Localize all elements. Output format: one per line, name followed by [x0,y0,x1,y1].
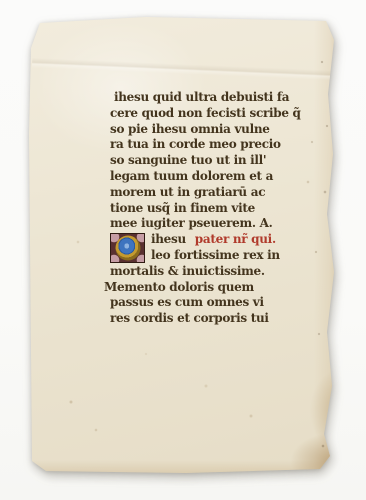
manuscript-leaf: ihesu quid ultra debuisti fa cere quod n… [26,14,342,475]
manuscript-line: res cordis et corporis tui [110,311,324,327]
manuscript-line: morem ut in gratiarū ac [110,185,324,201]
manuscript-line: so pie ihesu omnia vulne [110,122,324,138]
text-block: ihesu quid ultra debuisti fa cere quod n… [110,90,324,327]
photo-backdrop: ihesu quid ultra debuisti fa cere quod n… [0,0,366,500]
manuscript-line: Memento doloris quem [104,280,324,296]
rubric-text: pater nr̃ qui. [195,232,276,246]
illuminated-initial: O [110,233,145,263]
initial-letter-value: O [111,234,112,235]
manuscript-line: ihesu quid ultra debuisti fa [110,90,324,106]
initial-line-text: ihesu [151,232,186,246]
manuscript-line: mortalis & inuictissime. [110,264,324,280]
manuscript-line: mee iugiter pseuerem. A. [110,216,324,232]
manuscript-line: legam tuum dolorem et a [110,169,324,185]
manuscript-line: ra tua in corde meo precio [110,137,324,153]
manuscript-line: so sanguine tuo ut in ill' [110,153,324,169]
manuscript-line: passus es cum omnes vi [110,295,324,311]
initial-letter-glyph [115,236,140,261]
manuscript-line: tione usq̃ in finem vite [110,201,324,217]
manuscript-line: cere quod non fecisti scribe q̃ [110,106,324,122]
manuscript-leaf-wrapper: ihesu quid ultra debuisti fa cere quod n… [26,14,342,475]
